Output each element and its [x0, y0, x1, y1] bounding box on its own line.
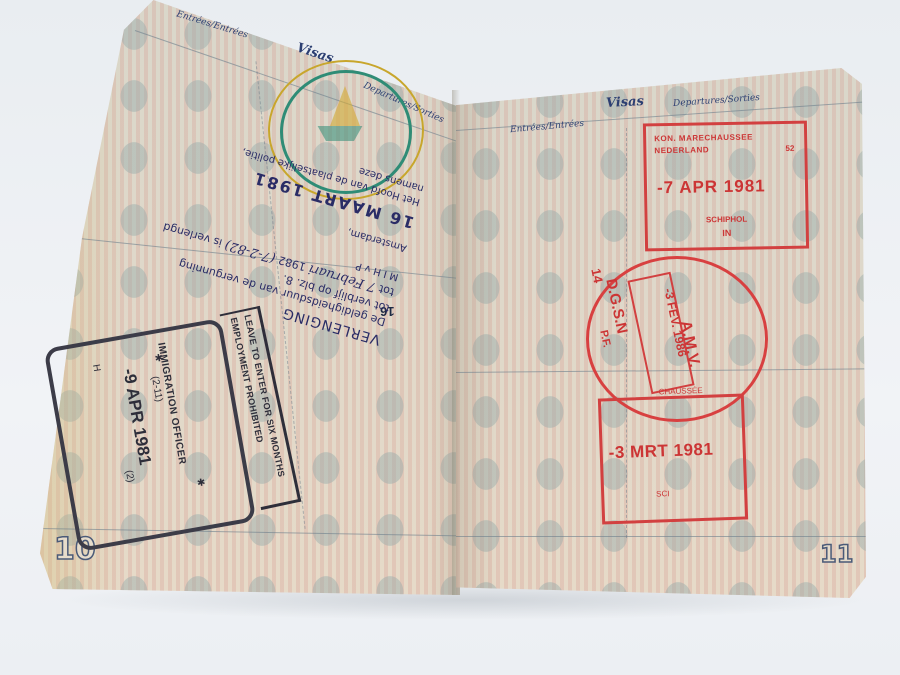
circ-stamp-mark: 14	[588, 267, 606, 284]
star-icon: ✱	[154, 353, 164, 365]
circ-stamp-line-2: D.G.S.N	[602, 277, 630, 335]
stamp-date: -7 APR 1981	[657, 176, 766, 198]
right-visas-header: Visas	[606, 94, 645, 111]
stamp-direction: IN	[648, 227, 806, 240]
exit-stamp-code: SCI	[656, 489, 670, 498]
exit-stamp: CHAUSSÉE -3 MRT 1981 SCI	[598, 393, 748, 524]
extension-suffix: is verlengd	[162, 220, 224, 249]
stamp-location: SCHIPHOL	[648, 214, 806, 226]
page-number-right: 11	[820, 540, 853, 568]
exit-stamp-date: -3 MRT 1981	[608, 440, 713, 464]
uk-immigration-stamp: IMMIGRATION OFFICER -9 APR 1981 (2-11) H…	[43, 318, 256, 552]
uk-stamp-mark: H	[90, 363, 102, 372]
extension-place: Amsterdam,	[346, 226, 408, 253]
extension-handwritten-numeric: (7-2-82)	[223, 237, 277, 266]
uk-stamp-mark-2: (2)	[123, 469, 136, 483]
stamp-number: 52	[785, 144, 794, 153]
star-icon: ✱	[196, 477, 206, 489]
book-spine	[452, 90, 460, 595]
exit-stamp-header: CHAUSSÉE	[658, 386, 702, 397]
stamp-country: NEDERLAND	[654, 145, 709, 155]
stamp-authority: KON. MARECHAUSSEE	[654, 133, 753, 144]
circ-stamp-line-3: P.F.	[597, 329, 612, 349]
schiphol-entry-stamp: KON. MARECHAUSSEE NEDERLAND 52 -7 APR 19…	[643, 121, 809, 252]
extension-year: 1982	[277, 253, 307, 273]
footer-rule	[456, 536, 866, 537]
